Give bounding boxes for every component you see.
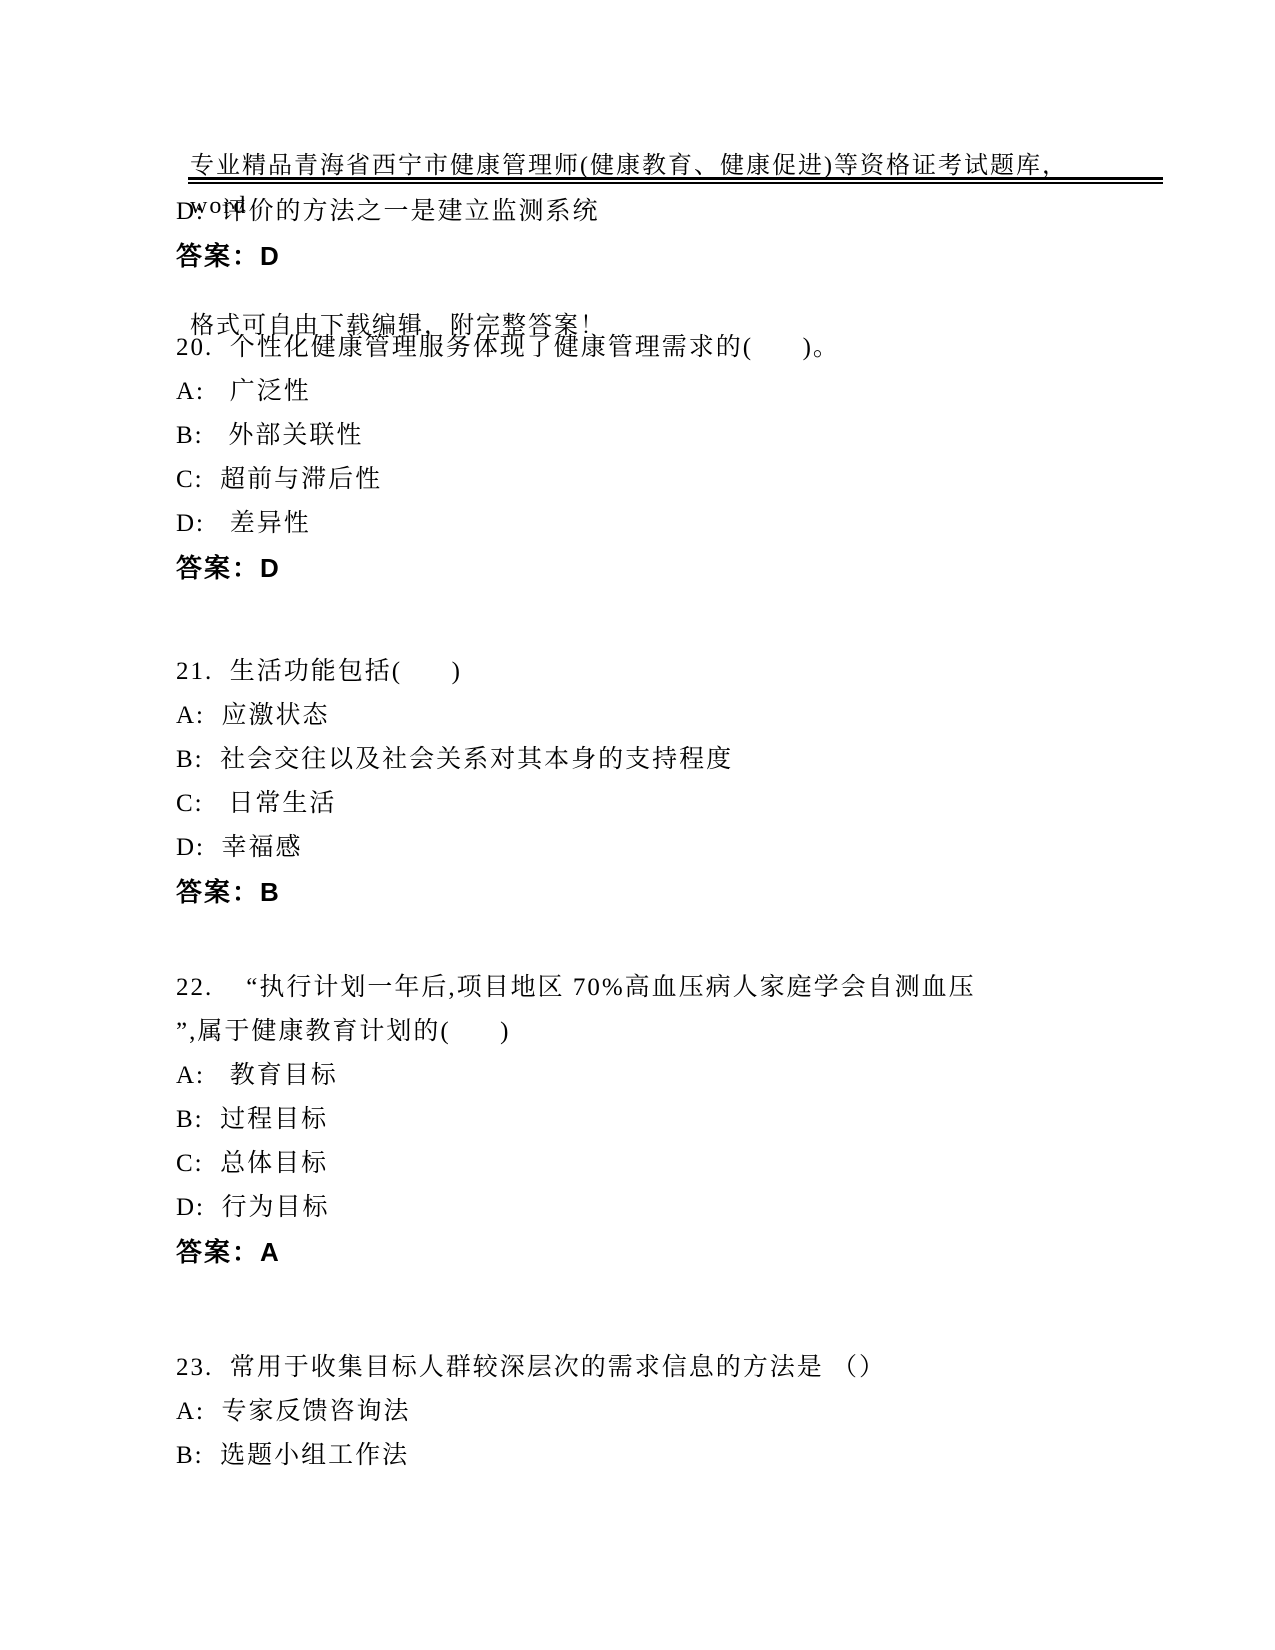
question-stem: 23. 常用于收集目标人群较深层次的需求信息的方法是 （） <box>176 1346 1141 1390</box>
document-body: D: 评价的方法之一是建立监测系统 答案：D 20. 个性化健康管理服务体现了健… <box>176 190 1141 1478</box>
option-line-b: B: 选题小组工作法 <box>176 1434 1141 1478</box>
option-line-b: B: 社会交往以及社会关系对其本身的支持程度 <box>176 738 1141 782</box>
header-divider-double-rule <box>188 177 1163 184</box>
answer-line: 答案：D <box>176 546 1141 590</box>
answer-line: 答案：B <box>176 870 1141 914</box>
question-block-20: 20. 个性化健康管理服务体现了健康管理需求的( )。 A: 广泛性 B: 外部… <box>176 326 1141 590</box>
option-line-b: B: 过程目标 <box>176 1098 1141 1142</box>
option-line-a: A: 广泛性 <box>176 370 1141 414</box>
option-line-a: A: 应激状态 <box>176 694 1141 738</box>
option-line-b: B: 外部关联性 <box>176 414 1141 458</box>
option-line-d: D: 幸福感 <box>176 826 1141 870</box>
question-block-23: 23. 常用于收集目标人群较深层次的需求信息的方法是 （） A: 专家反馈咨询法… <box>176 1346 1141 1478</box>
question-block-21: 21. 生活功能包括( ) A: 应激状态 B: 社会交往以及社会关系对其本身的… <box>176 650 1141 914</box>
question-stem: 21. 生活功能包括( ) <box>176 650 1141 694</box>
question-stem: 20. 个性化健康管理服务体现了健康管理需求的( )。 <box>176 326 1141 370</box>
question-block-19: D: 评价的方法之一是建立监测系统 答案：D <box>176 190 1141 278</box>
option-line-d: D: 评价的方法之一是建立监测系统 <box>176 190 1141 234</box>
question-stem-line-1: 22. “执行计划一年后,项目地区 70%高血压病人家庭学会自测血压 <box>176 966 1141 1010</box>
question-block-22: 22. “执行计划一年后,项目地区 70%高血压病人家庭学会自测血压 ”,属于健… <box>176 966 1141 1274</box>
question-stem-line-2: ”,属于健康教育计划的( ) <box>176 1010 1141 1054</box>
option-line-d: D: 行为目标 <box>176 1186 1141 1230</box>
option-line-a: A: 教育目标 <box>176 1054 1141 1098</box>
option-line-c: C: 总体目标 <box>176 1142 1141 1186</box>
option-line-a: A: 专家反馈咨询法 <box>176 1390 1141 1434</box>
document-page: 专业精品青海省西宁市健康管理师(健康教育、健康促进)等资格证考试题库，word … <box>0 0 1275 1650</box>
option-line-c: C: 日常生活 <box>176 782 1141 826</box>
option-line-d: D: 差异性 <box>176 502 1141 546</box>
answer-line: 答案：A <box>176 1230 1141 1274</box>
answer-line: 答案：D <box>176 234 1141 278</box>
option-line-c: C: 超前与滞后性 <box>176 458 1141 502</box>
